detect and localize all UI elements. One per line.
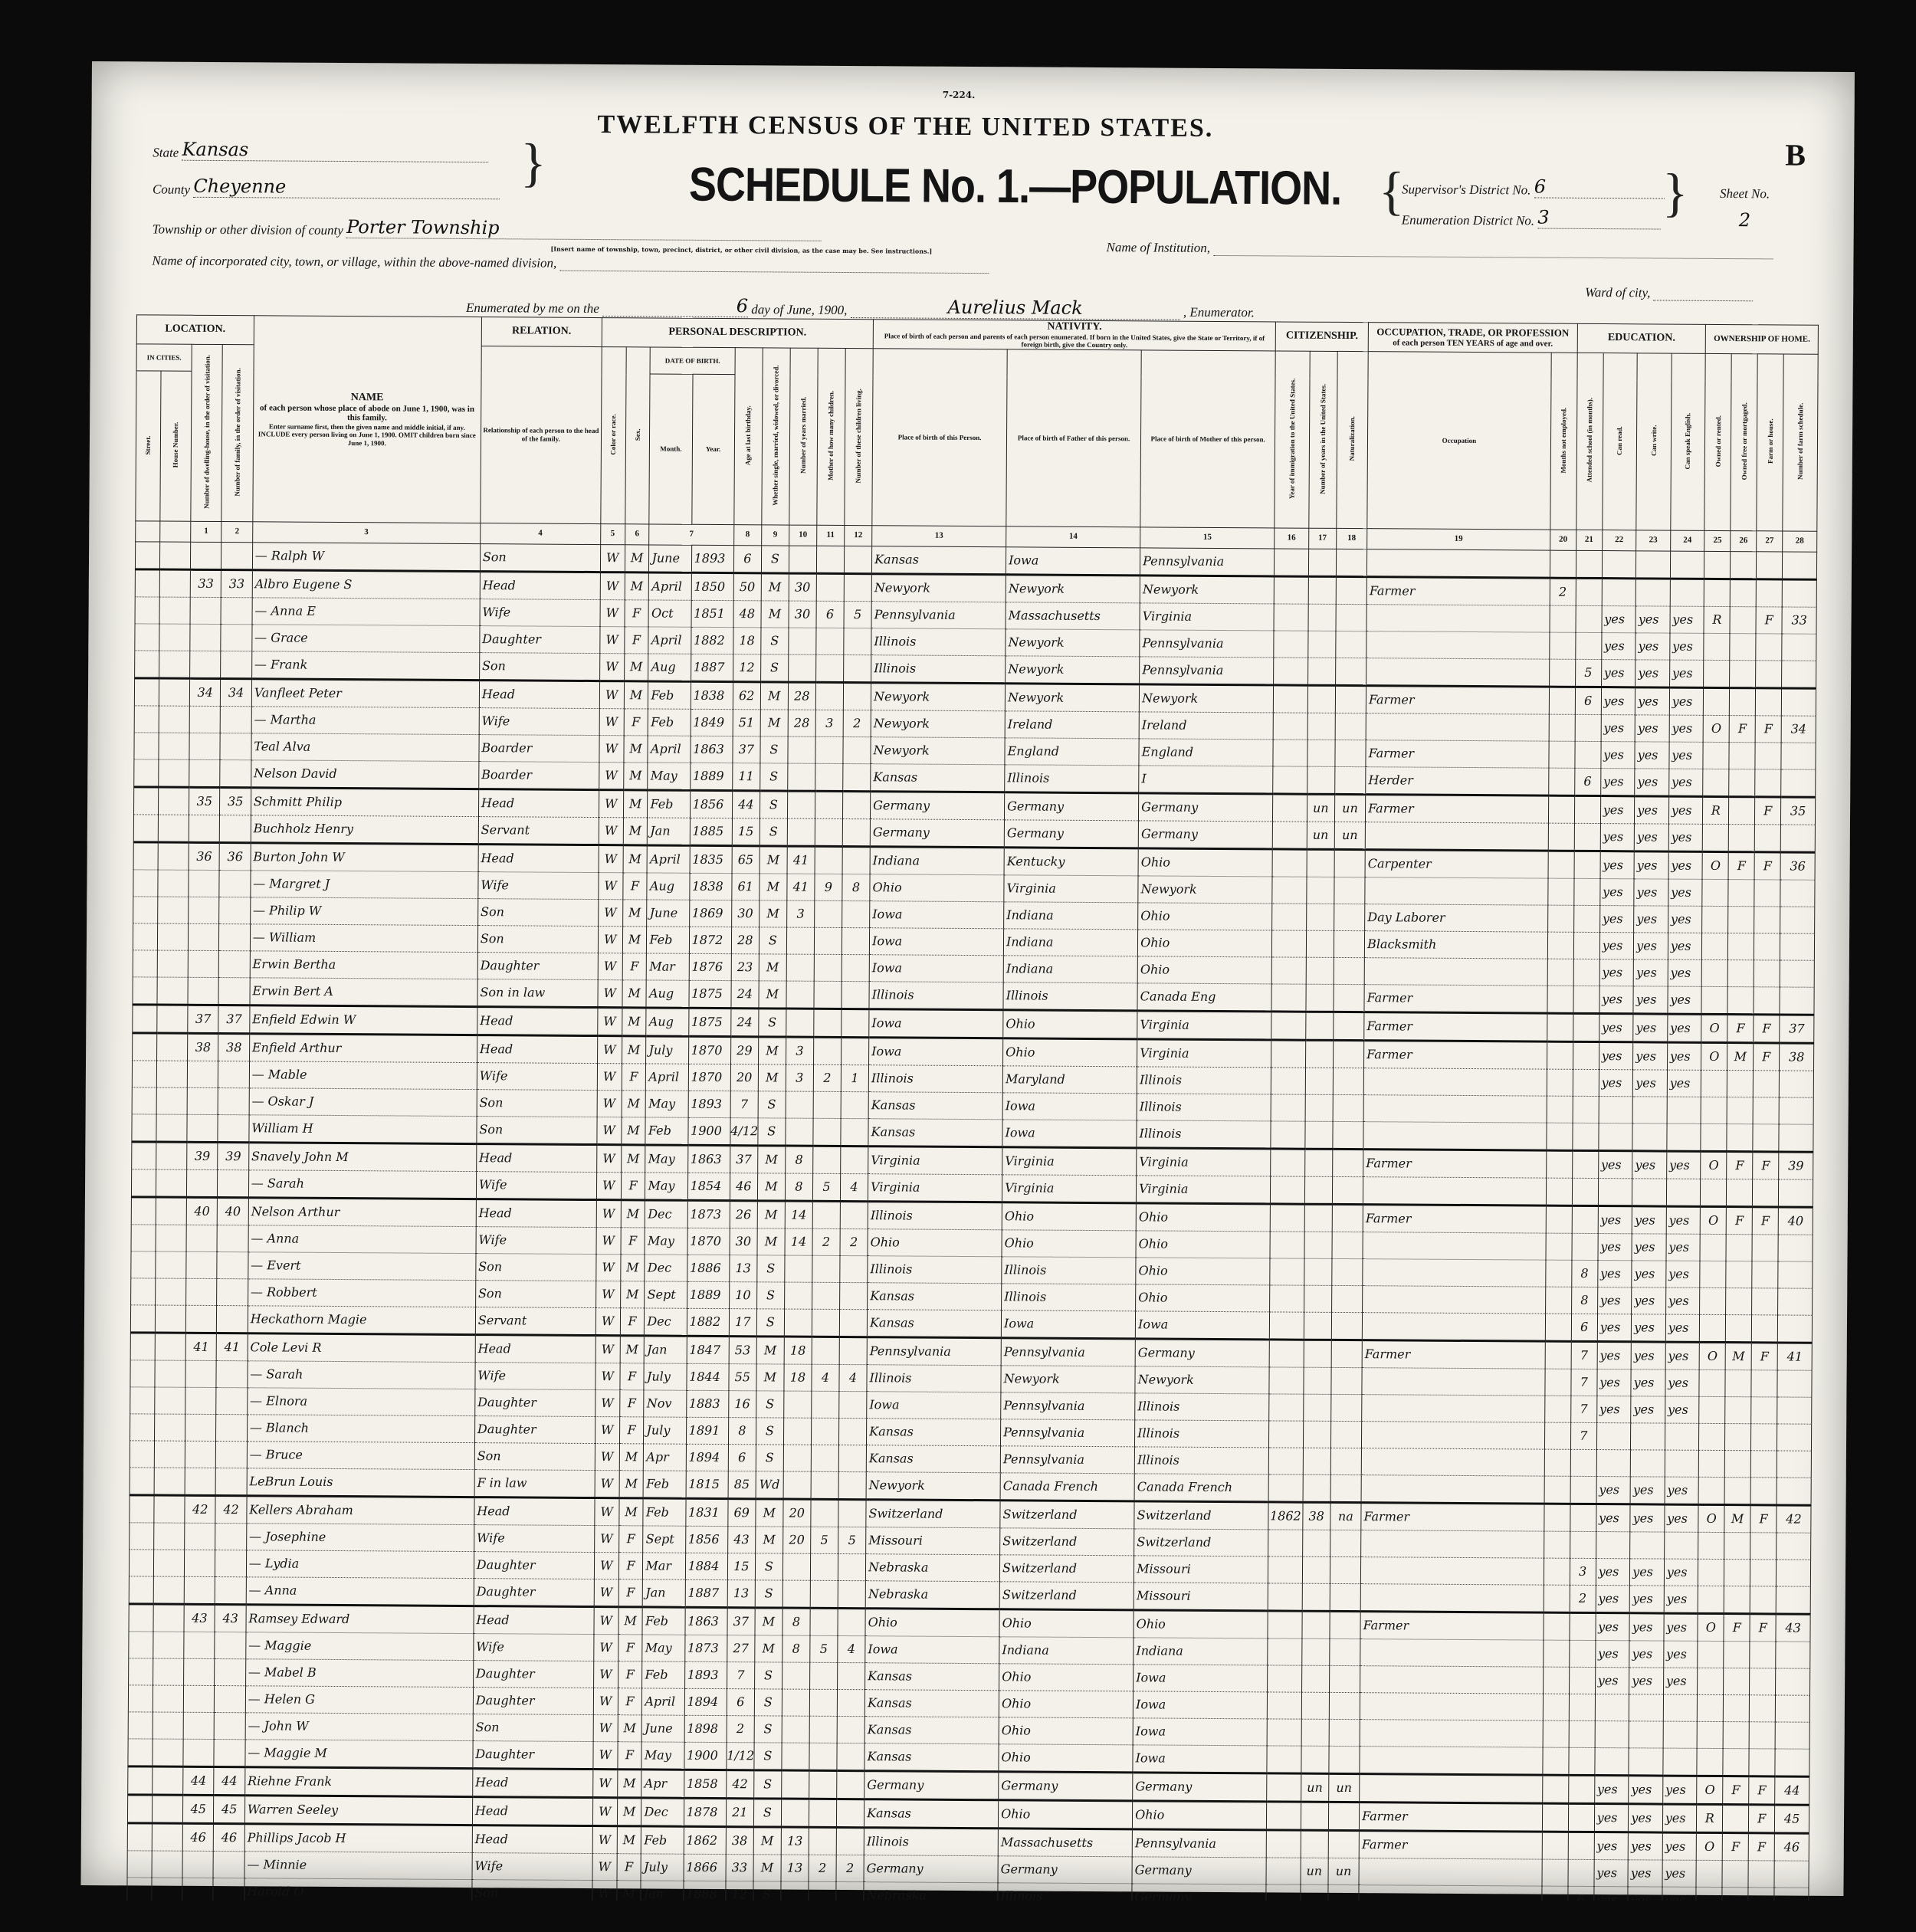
cell-immigration-year	[1274, 658, 1308, 685]
cell-name: — Frank	[251, 651, 479, 681]
cell-can-read: yes	[1599, 986, 1634, 1013]
cell-mother-of: 3	[815, 710, 843, 736]
cell-immigration-year	[1272, 930, 1307, 957]
cell-school-months	[1574, 878, 1600, 905]
cell-free-mortgaged	[1727, 959, 1754, 986]
cell-street	[127, 1795, 152, 1823]
cell-immigration-year	[1270, 1232, 1304, 1258]
cell-mother-of	[815, 654, 843, 682]
cell-birth-year: 1886	[687, 1255, 729, 1281]
cell-age: 24	[731, 980, 759, 1008]
cell-house	[153, 1523, 185, 1550]
enumeration-district-label: Enumeration District No.	[1402, 212, 1534, 228]
cell-speaks-english	[1666, 1179, 1701, 1206]
cell-marital-status: M	[758, 1037, 786, 1064]
cell-free-mortgaged: F	[1729, 715, 1755, 742]
cell-sex: F	[618, 1579, 643, 1607]
cell-free-mortgaged	[1730, 633, 1756, 660]
cell-can-write: yes	[1635, 796, 1669, 824]
cell-free-mortgaged	[1724, 1641, 1750, 1668]
cell-owned-rented	[1704, 660, 1730, 687]
cell-school-months	[1573, 959, 1599, 986]
cell-naturalization	[1331, 1285, 1363, 1312]
cell-naturalization: un	[1334, 822, 1366, 849]
cell-years-married	[786, 954, 814, 981]
cell-mother-of	[811, 1471, 838, 1499]
col-age-header: Age at last birthday.	[734, 347, 763, 524]
cell-dwelling	[183, 1712, 215, 1739]
cell-years-married	[784, 1282, 812, 1309]
cell-naturalization	[1330, 1611, 1361, 1638]
cell-years-married	[782, 1716, 809, 1743]
cell-years-in-us	[1305, 1068, 1333, 1094]
cell-speaks-english: yes	[1665, 1314, 1700, 1342]
cell-age: 62	[733, 681, 760, 709]
cell-house	[158, 842, 189, 870]
cell-free-mortgaged	[1724, 1477, 1750, 1504]
cell-school-months: 8	[1571, 1287, 1597, 1314]
col-owned-rented-header: Owned or rented.	[1704, 353, 1731, 530]
cell-sex: M	[622, 1036, 646, 1064]
county-field: County Cheyenne	[153, 175, 500, 199]
cell-immigration-year	[1271, 957, 1306, 984]
cell-owned-rented	[1698, 1477, 1724, 1504]
cell-mother-birthplace: Ohio	[1136, 1284, 1270, 1312]
cell-mother-birthplace: Ireland	[1139, 712, 1273, 740]
cell-school-months	[1575, 714, 1601, 741]
cell-months-unemployed	[1543, 1747, 1569, 1775]
cell-speaks-english: yes	[1665, 1504, 1699, 1532]
cell-dwelling	[190, 624, 221, 651]
cell-relation: Wife	[474, 1633, 594, 1661]
cell-farm-house	[1749, 1722, 1775, 1749]
cell-occupation	[1360, 1583, 1544, 1612]
cell-owned-rented: R	[1703, 796, 1729, 824]
cell-father-birthplace: Iowa	[1002, 1120, 1137, 1148]
cell-race: W	[595, 1281, 620, 1307]
cell-mother-birthplace: Germany	[1138, 821, 1272, 849]
cell-birth-month: Dec	[641, 1798, 684, 1826]
cell-dwelling	[189, 759, 221, 787]
cell-family	[219, 870, 251, 897]
cell-mother-of	[813, 1146, 841, 1173]
cell-farm-house	[1753, 1097, 1779, 1124]
cell-years-married	[783, 1471, 811, 1499]
cell-relation: Wife	[480, 599, 600, 626]
cell-children-living: 1	[841, 1064, 868, 1091]
cell-marital-status: S	[761, 628, 789, 654]
cell-birthplace: Iowa	[869, 1037, 1003, 1065]
cell-house	[156, 1251, 187, 1278]
cell-house	[154, 1414, 185, 1441]
cell-children-living	[839, 1337, 867, 1364]
cell-years-married	[782, 1662, 809, 1689]
cell-children-living	[842, 846, 870, 874]
cell-school-months: 6	[1575, 687, 1601, 714]
cell-relation: Servant	[475, 1307, 595, 1335]
cell-speaks-english: yes	[1668, 959, 1702, 986]
cell-birthplace: Germany	[870, 819, 1004, 848]
cell-mother-birthplace: Illinois	[1134, 1447, 1268, 1474]
cell-sex: M	[622, 1091, 646, 1117]
cell-birth-year: 1863	[691, 736, 733, 763]
cell-free-mortgaged	[1725, 1396, 1751, 1423]
cell-age: 6	[727, 1688, 754, 1715]
cell-marital-status: M	[755, 1635, 782, 1662]
cell-father-birthplace: Virginia	[1002, 1147, 1137, 1176]
cell-age: 16	[728, 1390, 756, 1417]
cell-years-married	[786, 1091, 813, 1118]
cell-can-write: yes	[1633, 959, 1668, 986]
cell-months-unemployed	[1548, 768, 1574, 795]
cell-father-birthplace: Switzerland	[999, 1555, 1134, 1583]
cell-father-birthplace: Indiana	[999, 1637, 1134, 1665]
cell-house	[154, 1441, 185, 1468]
cell-sex: M	[620, 1281, 645, 1308]
cell-free-mortgaged: F	[1727, 1014, 1754, 1042]
cell-relation: F in law	[474, 1469, 595, 1497]
cell-free-mortgaged	[1723, 1721, 1749, 1748]
cell-dwelling: 35	[189, 787, 221, 815]
cell-children-living	[836, 1799, 864, 1827]
cell-children-living	[843, 682, 871, 710]
cell-speaks-english: yes	[1669, 715, 1704, 742]
cell-birth-year: 1887	[685, 1579, 727, 1607]
cell-mother-birthplace: Virginia	[1140, 603, 1274, 631]
cell-house	[155, 1387, 186, 1414]
cell-occupation	[1365, 822, 1548, 850]
cell-years-married	[786, 1118, 813, 1146]
cell-years-married	[785, 1255, 812, 1282]
cell-birthplace: Kansas	[867, 1418, 1001, 1445]
cell-naturalization	[1333, 1068, 1364, 1094]
cell-years-in-us	[1301, 1830, 1328, 1858]
cell-occupation	[1367, 549, 1550, 577]
cell-free-mortgaged	[1728, 933, 1754, 959]
cell-age: 17	[729, 1308, 756, 1336]
cell-father-birthplace: Illinois	[1003, 982, 1137, 1011]
cell-occupation: Farmer	[1359, 1830, 1542, 1858]
cell-mother-of	[809, 1799, 836, 1827]
cell-speaks-english: yes	[1665, 1342, 1700, 1369]
citizenship-header: CITIZENSHIP.	[1275, 322, 1368, 352]
cell-father-birthplace: Germany	[998, 1856, 1132, 1884]
cell-owned-rented	[1700, 1314, 1726, 1342]
cell-marital-status: S	[754, 1743, 782, 1770]
cell-farm-schedule	[1782, 579, 1816, 607]
cell-birthplace: Kansas	[868, 1091, 1002, 1119]
cell-father-birthplace: Ohio	[1003, 1038, 1137, 1067]
cell-naturalization	[1330, 1530, 1361, 1556]
cell-immigration-year	[1270, 1258, 1304, 1285]
cell-farm-house	[1754, 907, 1780, 933]
col-pob-person-header: Place of birth of this Person.	[872, 349, 1007, 526]
cell-free-mortgaged	[1726, 1287, 1752, 1314]
cell-marital-status: S	[758, 1118, 786, 1146]
cell-father-birthplace: Ohio	[1002, 1230, 1136, 1258]
cell-farm-house	[1752, 1315, 1778, 1343]
cell-children-living	[837, 1770, 864, 1799]
cell-sex: M	[625, 545, 649, 572]
cell-years-in-us	[1308, 604, 1336, 631]
cell-birthplace: Newyork	[871, 683, 1005, 711]
cell-race: W	[594, 1634, 618, 1661]
cell-free-mortgaged	[1727, 1179, 1753, 1206]
cell-farm-schedule	[1777, 1397, 1812, 1424]
cell-mother-birthplace: Canada Eng	[1137, 983, 1271, 1012]
cell-occupation: Farmer	[1366, 740, 1549, 767]
cell-mother-birthplace: Pennsylvania	[1140, 548, 1275, 576]
cell-relation: Boarder	[479, 734, 599, 762]
cell-birth-month: July	[644, 1363, 686, 1390]
cell-years-married: 28	[788, 682, 815, 710]
cell-birthplace: Newyork	[866, 1471, 1000, 1500]
cell-can-write: yes	[1629, 1668, 1664, 1694]
cell-family	[214, 1739, 245, 1766]
cell-birth-month: Feb	[648, 709, 691, 736]
cell-family: 44	[214, 1766, 245, 1795]
cell-age: 1/12	[727, 1742, 754, 1770]
cell-birthplace: Pennsylvania	[871, 602, 1006, 629]
cell-marital-status: M	[756, 1499, 783, 1527]
cell-can-write: yes	[1634, 851, 1668, 879]
cell-farm-schedule	[1781, 769, 1816, 797]
cell-mother-of	[814, 954, 842, 981]
cell-name: — Josephine	[246, 1524, 474, 1552]
cell-naturalization	[1334, 849, 1366, 877]
cell-owned-rented: O	[1701, 1014, 1727, 1042]
cell-years-in-us	[1307, 740, 1335, 766]
cell-can-read: yes	[1601, 741, 1635, 768]
cell-years-married: 20	[782, 1527, 810, 1553]
cell-farm-house	[1754, 987, 1780, 1015]
cell-house	[153, 1739, 184, 1766]
cell-can-read: yes	[1600, 768, 1635, 795]
cell-father-birthplace: Pennsylvania	[1001, 1419, 1135, 1447]
cell-sex: F	[620, 1308, 645, 1336]
cell-family	[218, 1114, 249, 1142]
cell-age: 37	[733, 736, 760, 763]
cell-months-unemployed	[1550, 550, 1576, 578]
cell-marital-status: S	[756, 1391, 784, 1418]
city-field: Name of incorporated city, town, or vill…	[152, 253, 989, 274]
personal-description-header: PERSONAL DESCRIPTION.	[602, 318, 873, 349]
cell-months-unemployed	[1543, 1667, 1569, 1694]
cell-name: Erwin Bert A	[250, 978, 477, 1007]
cell-street	[133, 1005, 157, 1033]
cell-mother-birthplace: Germany	[1133, 1773, 1267, 1802]
cell-family	[219, 950, 251, 977]
cell-free-mortgaged: F	[1724, 1613, 1750, 1641]
cell-years-in-us	[1305, 1012, 1333, 1040]
cell-children-living	[843, 763, 871, 791]
cell-months-unemployed	[1542, 1775, 1568, 1803]
cell-marital-status: M	[756, 1364, 784, 1391]
cell-children-living	[842, 1037, 869, 1064]
cell-mother-of	[816, 628, 844, 654]
cell-marital-status: M	[759, 900, 786, 927]
cell-owned-rented	[1698, 1694, 1724, 1721]
ownership-header: OWNERSHIP OF HOME.	[1706, 324, 1819, 354]
cell-dwelling: 34	[189, 678, 221, 706]
cell-farm-schedule	[1782, 661, 1816, 688]
cell-months-unemployed	[1547, 932, 1573, 959]
cell-farm-schedule	[1775, 1722, 1809, 1749]
cell-speaks-english	[1663, 1721, 1698, 1748]
enumerated-prefix: Enumerated by me on the	[466, 300, 599, 316]
cell-farm-schedule: 33	[1782, 607, 1816, 634]
cell-age: 8	[728, 1417, 756, 1444]
col-birth-month-header: Month.	[649, 374, 692, 524]
cell-can-read: yes	[1594, 1775, 1629, 1803]
cell-birth-year: 1875	[688, 1008, 730, 1036]
cell-school-months	[1573, 1123, 1599, 1150]
cell-months-unemployed	[1545, 1369, 1571, 1396]
cell-naturalization: un	[1334, 794, 1366, 822]
cell-birth-month: May	[642, 1635, 684, 1661]
cell-birth-year: 1870	[688, 1064, 730, 1091]
cell-sex: M	[624, 681, 648, 709]
cell-birth-year: 1883	[686, 1390, 728, 1417]
cell-house	[155, 1360, 186, 1387]
cell-speaks-english: yes	[1663, 1641, 1698, 1668]
cell-relation: Wife	[475, 1362, 595, 1389]
cell-relation: Head	[475, 1334, 595, 1363]
cell-months-unemployed	[1548, 823, 1574, 851]
cell-mother-birthplace: Canada French	[1134, 1474, 1268, 1502]
cell-owned-rented: O	[1697, 1832, 1723, 1860]
cell-speaks-english: yes	[1664, 1586, 1698, 1613]
cell-mother-birthplace: Virginia	[1137, 1148, 1271, 1176]
cell-mother-of	[809, 1743, 837, 1770]
cell-house	[153, 1576, 185, 1604]
cell-marital-status: M	[760, 874, 787, 900]
cell-dwelling	[186, 1251, 218, 1278]
cell-speaks-english: yes	[1668, 796, 1703, 824]
cell-marital-status: M	[757, 1173, 785, 1201]
cell-can-write: yes	[1632, 1314, 1666, 1342]
cell-naturalization	[1333, 1012, 1364, 1040]
cell-naturalization	[1330, 1394, 1362, 1421]
cell-relation: Daughter	[473, 1740, 593, 1769]
township-note: [Insert name of township, town, precinct…	[550, 245, 932, 255]
cell-dwelling	[185, 1305, 217, 1333]
cell-birth-year: 1870	[688, 1036, 730, 1064]
cell-mother-birthplace: Ohio	[1134, 1610, 1268, 1638]
cell-occupation	[1366, 713, 1549, 740]
cell-street	[129, 1604, 153, 1632]
cell-farm-house	[1756, 661, 1782, 688]
cell-owned-rented	[1701, 959, 1727, 986]
cell-street	[133, 923, 157, 950]
cell-house	[156, 1225, 187, 1251]
cell-farm-house: F	[1754, 1043, 1780, 1071]
cell-house	[159, 624, 191, 651]
cell-can-write	[1631, 1423, 1665, 1450]
cell-occupation: Farmer	[1360, 1802, 1543, 1831]
cell-birthplace: Kansas	[864, 1743, 999, 1771]
cell-dwelling	[184, 1658, 215, 1685]
cell-mother-birthplace: Ohio	[1138, 930, 1272, 957]
cell-school-months	[1570, 1476, 1596, 1504]
cell-sex: F	[618, 1688, 642, 1715]
cell-sex: M	[623, 818, 648, 845]
cell-can-read: yes	[1599, 1069, 1633, 1096]
cell-speaks-english: yes	[1667, 1042, 1701, 1070]
cell-mother-birthplace: Germany	[1135, 1339, 1269, 1367]
cell-naturalization	[1334, 877, 1366, 904]
cell-mother-of: 4	[812, 1364, 839, 1391]
cell-age: 20	[730, 1064, 758, 1091]
col-farm-house-header: Farm or house.	[1757, 354, 1783, 531]
cell-family: 43	[215, 1604, 246, 1632]
cell-dwelling	[187, 1169, 218, 1197]
cell-mother-birthplace: Iowa	[1135, 1311, 1269, 1340]
cell-family	[216, 1468, 248, 1495]
cell-months-unemployed	[1546, 1260, 1572, 1287]
cell-mother-of: 5	[812, 1173, 840, 1201]
cell-immigration-year	[1271, 1068, 1305, 1094]
cell-months-unemployed	[1547, 986, 1573, 1013]
cell-house	[152, 1823, 183, 1851]
cell-free-mortgaged	[1727, 1070, 1754, 1097]
cell-can-write: yes	[1635, 769, 1669, 796]
population-schedule-table: LOCATION. NAME of each person whose plac…	[126, 314, 1819, 1914]
cell-can-read: yes	[1596, 1612, 1630, 1640]
cell-months-unemployed	[1547, 1069, 1573, 1096]
cell-house	[152, 1795, 183, 1823]
cell-owned-rented: O	[1699, 1342, 1725, 1369]
cell-name: — Mabel B	[245, 1659, 473, 1688]
cell-years-in-us	[1301, 1692, 1329, 1719]
cell-age: 7	[727, 1661, 754, 1688]
cell-farm-house	[1752, 1261, 1778, 1288]
cell-naturalization	[1332, 1149, 1363, 1176]
cell-years-married	[783, 1445, 811, 1471]
cell-race: W	[600, 572, 625, 599]
cell-race: W	[598, 926, 622, 953]
cell-father-birthplace: Newyork	[1006, 656, 1140, 684]
cell-school-months: 3	[1570, 1558, 1596, 1585]
cell-farm-schedule: 43	[1776, 1614, 1810, 1642]
cell-years-in-us	[1307, 658, 1335, 685]
cell-can-read: yes	[1595, 1640, 1629, 1667]
cell-speaks-english	[1665, 1450, 1699, 1477]
cell-can-read	[1598, 1178, 1632, 1205]
cell-farm-house	[1748, 1861, 1774, 1888]
cell-mother-birthplace: Illinois	[1137, 1094, 1271, 1121]
cell-mother-of	[809, 1662, 837, 1689]
cell-mother-of	[813, 1091, 841, 1118]
state-field: State Kansas	[153, 138, 488, 162]
cell-street	[129, 1576, 153, 1604]
cell-can-read: yes	[1596, 1396, 1631, 1422]
cell-months-unemployed	[1547, 1123, 1573, 1150]
cell-father-birthplace: Iowa	[1002, 1093, 1137, 1120]
cell-school-months: 7	[1571, 1369, 1597, 1396]
cell-marital-status: S	[760, 818, 787, 846]
cell-owned-rented	[1703, 769, 1729, 796]
cell-naturalization	[1335, 740, 1366, 766]
cell-farm-house	[1752, 1235, 1778, 1261]
cell-house	[153, 1604, 185, 1632]
cell-race: W	[596, 1144, 621, 1172]
cell-can-write: yes	[1632, 1234, 1666, 1261]
supervisor-district-value: 6	[1534, 175, 1546, 197]
cell-father-birthplace: Canada French	[1000, 1473, 1134, 1501]
cell-immigration-year	[1268, 1611, 1302, 1638]
cell-birth-month: July	[641, 1854, 683, 1881]
